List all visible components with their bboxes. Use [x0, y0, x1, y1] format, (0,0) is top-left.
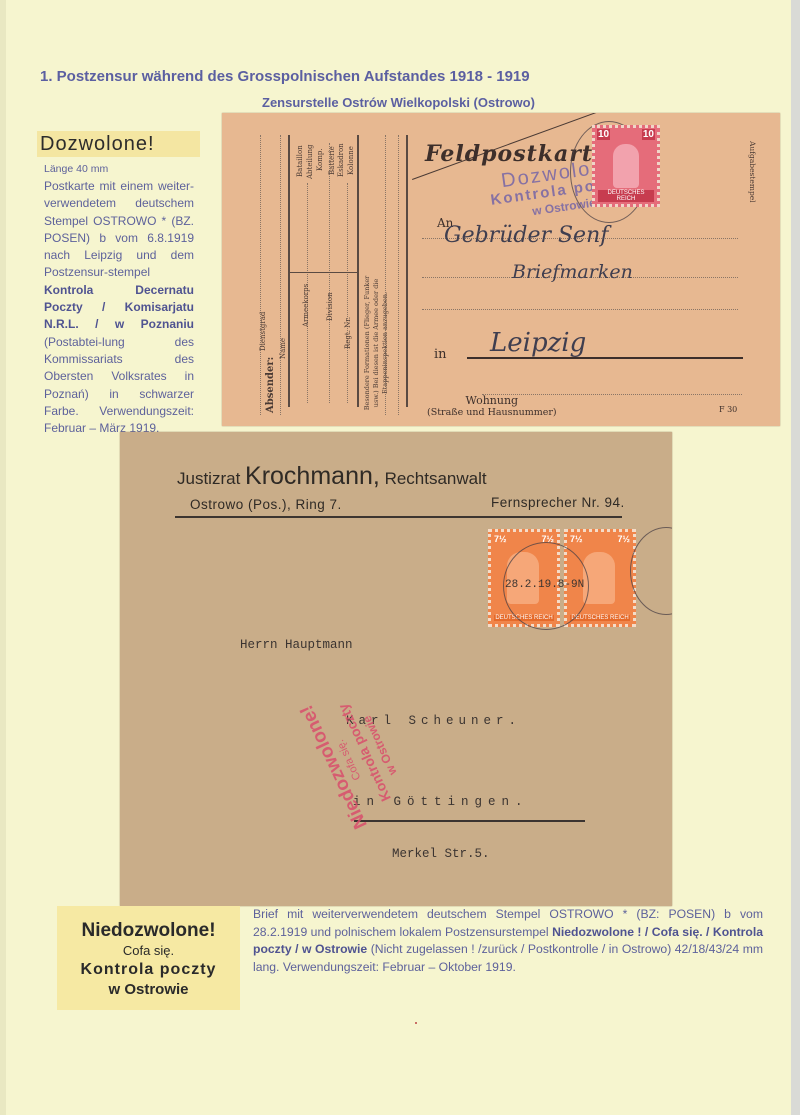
field-regt: Regt. Nr.	[344, 317, 352, 349]
field-dienstgrad: Dienstgrad	[259, 312, 267, 351]
niedozwolone-censor-stamp: Niedozwolone! Cofa się. Kontrola poczty …	[298, 681, 416, 831]
postmark-date: 28.2.19.8-9N	[505, 579, 584, 591]
special-formation-note: Besondere Formationen (Flieger, Funker u…	[363, 273, 390, 413]
page-subtitle: Zensurstelle Ostrów Wielkopolski (Ostrow…	[262, 95, 535, 110]
dozwolone-label: Dozwolone!	[37, 131, 200, 157]
handwriting-street: Briefmarken	[512, 261, 633, 283]
envelope-image: Justizrat Krochmann, Rechtsanwalt Ostrow…	[120, 432, 672, 906]
recipient-line-1: Herrn Hauptmann	[240, 638, 353, 652]
sender-letterhead: Justizrat Krochmann, Rechtsanwalt	[177, 462, 487, 491]
in-label: in	[434, 347, 447, 362]
sender-address: Ostrowo (Pos.), Ring 7.	[190, 497, 342, 512]
wohnung-label: Wohnung (Straße und Hausnummer)	[427, 395, 557, 418]
item1-description: Länge 40 mm Postkarte mit einem weiter-v…	[44, 162, 194, 437]
aufgabestempel-label: Aufgabestempel	[748, 141, 757, 203]
field-batterie: Batterie	[328, 146, 336, 175]
field-division: Division	[326, 292, 334, 321]
field-komp: Komp.	[316, 148, 324, 171]
page-title: 1. Postzensur während des Grosspolnische…	[40, 68, 530, 85]
field-kolonne: Kolonne	[347, 146, 355, 175]
item2-description: Brief mit weiterverwendetem deutschem St…	[253, 906, 763, 976]
field-eskadron: Eskadron	[337, 143, 345, 177]
page-edge-left	[0, 0, 6, 1115]
sender-phone: Fernsprecher Nr. 94.	[491, 495, 625, 510]
postage-stamp-10: 10 10 DEUTSCHES REICH	[592, 125, 660, 207]
field-name: Name	[279, 338, 287, 359]
handwriting-addressee: Gebrüder Senf	[444, 223, 608, 248]
page-edge-right	[791, 0, 800, 1115]
handwriting-city: Leipzig	[490, 328, 586, 358]
absender-label: Absender:	[265, 357, 276, 413]
field-bataillon: Bataillon	[296, 145, 304, 177]
niedozwolone-label: Niedozwolone! Cofa się. Kontrola poczty …	[57, 906, 240, 1010]
field-armeekorps: Armeekorps	[302, 284, 310, 327]
field-abteilung: Abteilung	[306, 145, 314, 179]
feldpostkarte-image: Bataillon Abteilung Komp. Batterie Eskad…	[222, 113, 780, 426]
recipient-line-4: Merkel Str.5.	[392, 847, 490, 861]
form-code: F 30	[719, 405, 737, 414]
item1-length: Länge 40 mm	[44, 162, 194, 176]
